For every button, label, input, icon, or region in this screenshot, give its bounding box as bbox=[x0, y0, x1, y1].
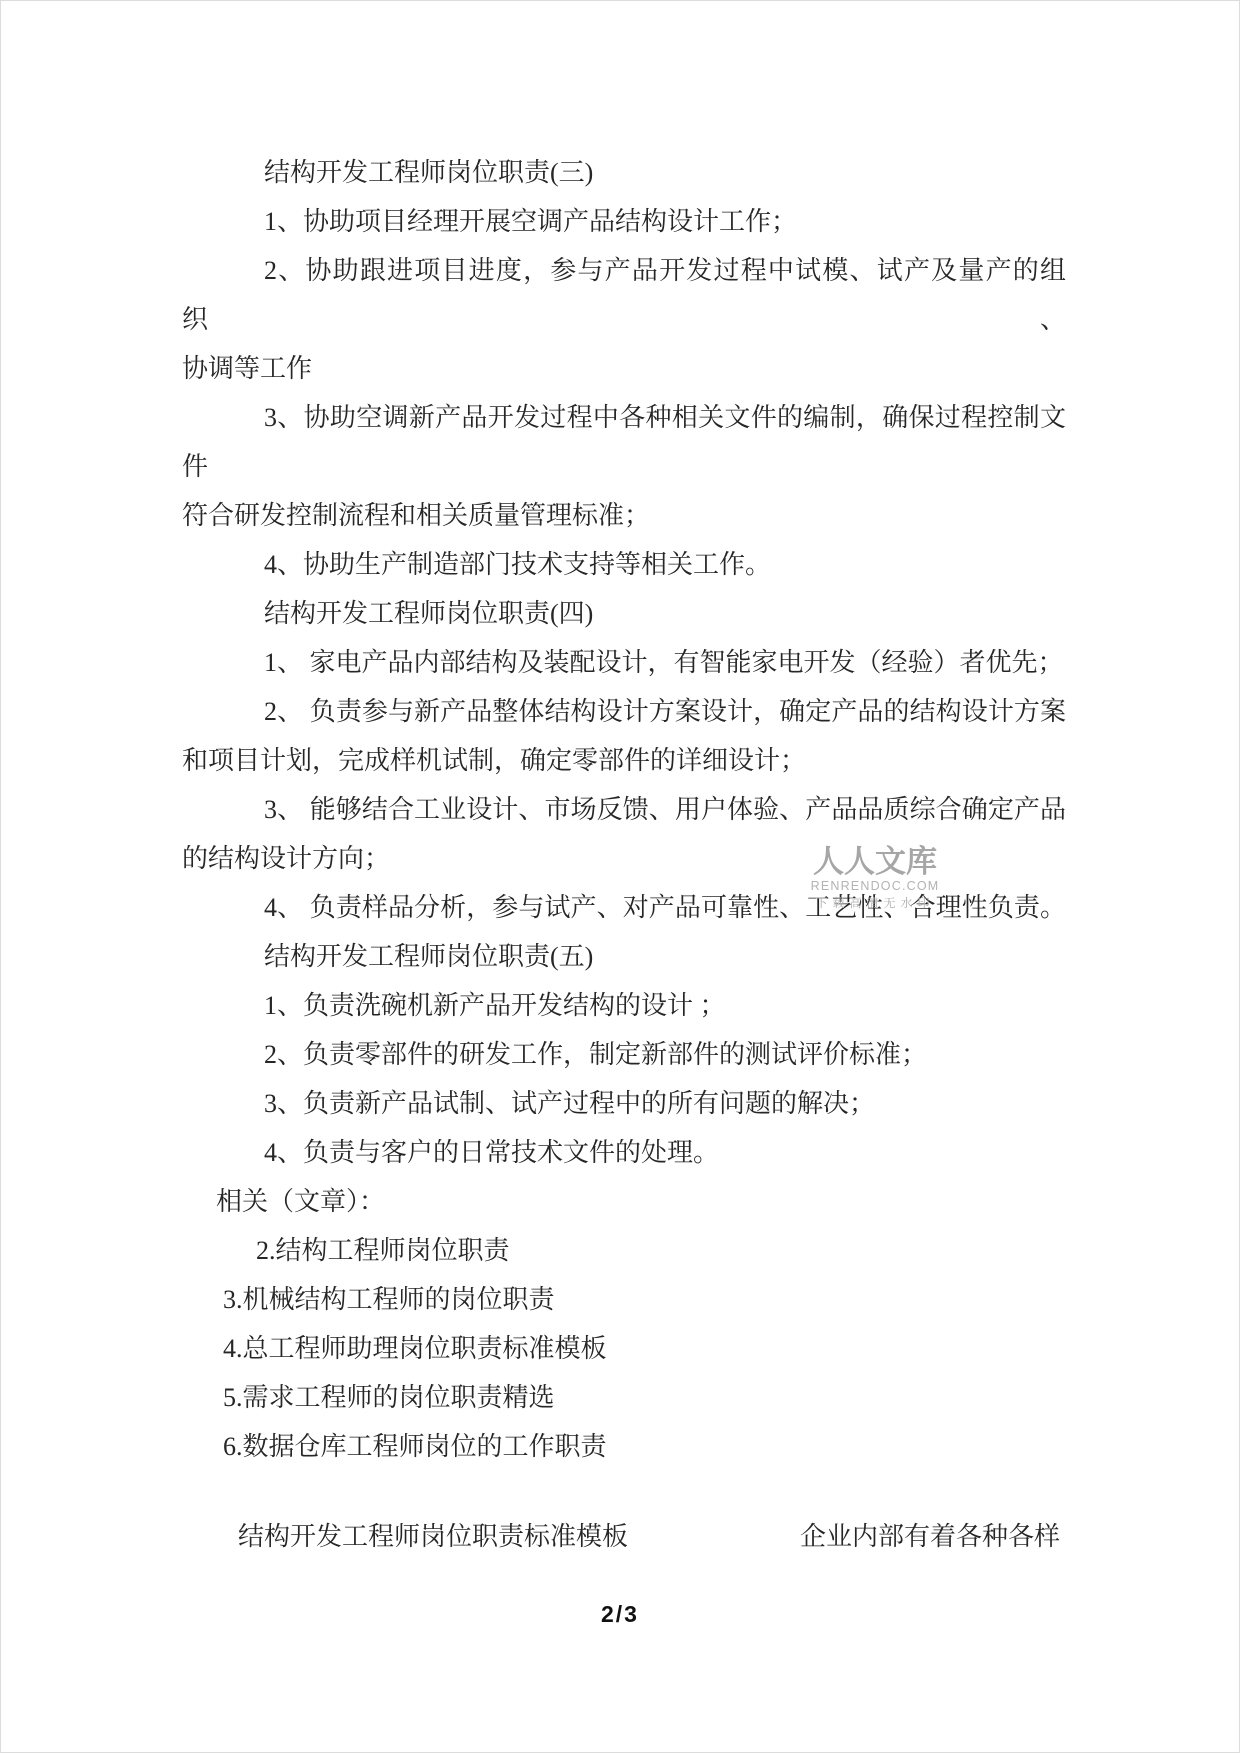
doc-line: 4、协助生产制造部门技术支持等相关工作。 bbox=[182, 540, 1066, 589]
watermark-brand: 人人文库 bbox=[807, 846, 943, 877]
related-item: 6.数据仓库工程师岗位的工作职责 bbox=[182, 1422, 1066, 1471]
doc-line: 1、 家电产品内部结构及装配设计，有智能家电开发（经验）者优先； bbox=[182, 638, 1066, 687]
related-item: 4.总工程师助理岗位职责标准模板 bbox=[182, 1324, 1066, 1373]
doc-line: 1、协助项目经理开展空调产品结构设计工作； bbox=[182, 197, 1066, 246]
doc-line: 2、负责零部件的研发工作，制定新部件的测试评价标准； bbox=[182, 1030, 1066, 1079]
doc-line: 3、负责新产品试制、试产过程中的所有问题的解决； bbox=[182, 1079, 1066, 1128]
related-item: 2.结构工程师岗位职责 bbox=[182, 1226, 1066, 1275]
section-title: 结构开发工程师岗位职责(五) bbox=[182, 932, 1066, 981]
doc-line: 2、 负责参与新产品整体结构设计方案设计，确定产品的结构设计方案 bbox=[182, 687, 1066, 736]
doc-line: 和项目计划，完成样机试制，确定零部件的详细设计； bbox=[182, 736, 1066, 785]
doc-line: 2、协助跟进项目进度，参与产品开发过程中试模、试产及量产的组织、 bbox=[182, 246, 1066, 344]
doc-line: 符合研发控制流程和相关质量管理标准； bbox=[182, 491, 1066, 540]
doc-line: 3、协助空调新产品开发过程中各种相关文件的编制，确保过程控制文件 bbox=[182, 393, 1066, 491]
watermark-domain: RENRENDOC.COM bbox=[807, 880, 943, 893]
related-item: 3.机械结构工程师的岗位职责 bbox=[182, 1275, 1066, 1324]
page-number: 2/3 bbox=[1, 1601, 1239, 1628]
watermark-tagline: 下载高清无水印 bbox=[807, 897, 943, 909]
related-heading: 相关（文章）： bbox=[182, 1177, 1066, 1226]
section-title: 结构开发工程师岗位职责(四) bbox=[182, 589, 1066, 638]
footer: 结构开发工程师岗位职责标准模板 企业内部有着各种各样 bbox=[182, 1512, 1066, 1561]
doc-line: 4、负责与客户的日常技术文件的处理。 bbox=[182, 1128, 1066, 1177]
footer-note: 企业内部有着各种各样 bbox=[800, 1512, 1060, 1561]
doc-line: 3、 能够结合工业设计、市场反馈、用户体验、产品品质综合确定产品 bbox=[182, 785, 1066, 834]
document-page: 结构开发工程师岗位职责(三) 1、协助项目经理开展空调产品结构设计工作； 2、协… bbox=[0, 0, 1240, 1753]
doc-line: 1、负责洗碗机新产品开发结构的设计 ； bbox=[182, 981, 1066, 1030]
document-body: 结构开发工程师岗位职责(三) 1、协助项目经理开展空调产品结构设计工作； 2、协… bbox=[182, 148, 1066, 1471]
watermark: 人人文库 RENRENDOC.COM 下载高清无水印 bbox=[807, 846, 943, 909]
section-title: 结构开发工程师岗位职责(三) bbox=[182, 148, 1066, 197]
footer-title: 结构开发工程师岗位职责标准模板 bbox=[238, 1512, 628, 1561]
doc-line: 协调等工作 bbox=[182, 344, 1066, 393]
related-item: 5.需求工程师的岗位职责精选 bbox=[182, 1373, 1066, 1422]
